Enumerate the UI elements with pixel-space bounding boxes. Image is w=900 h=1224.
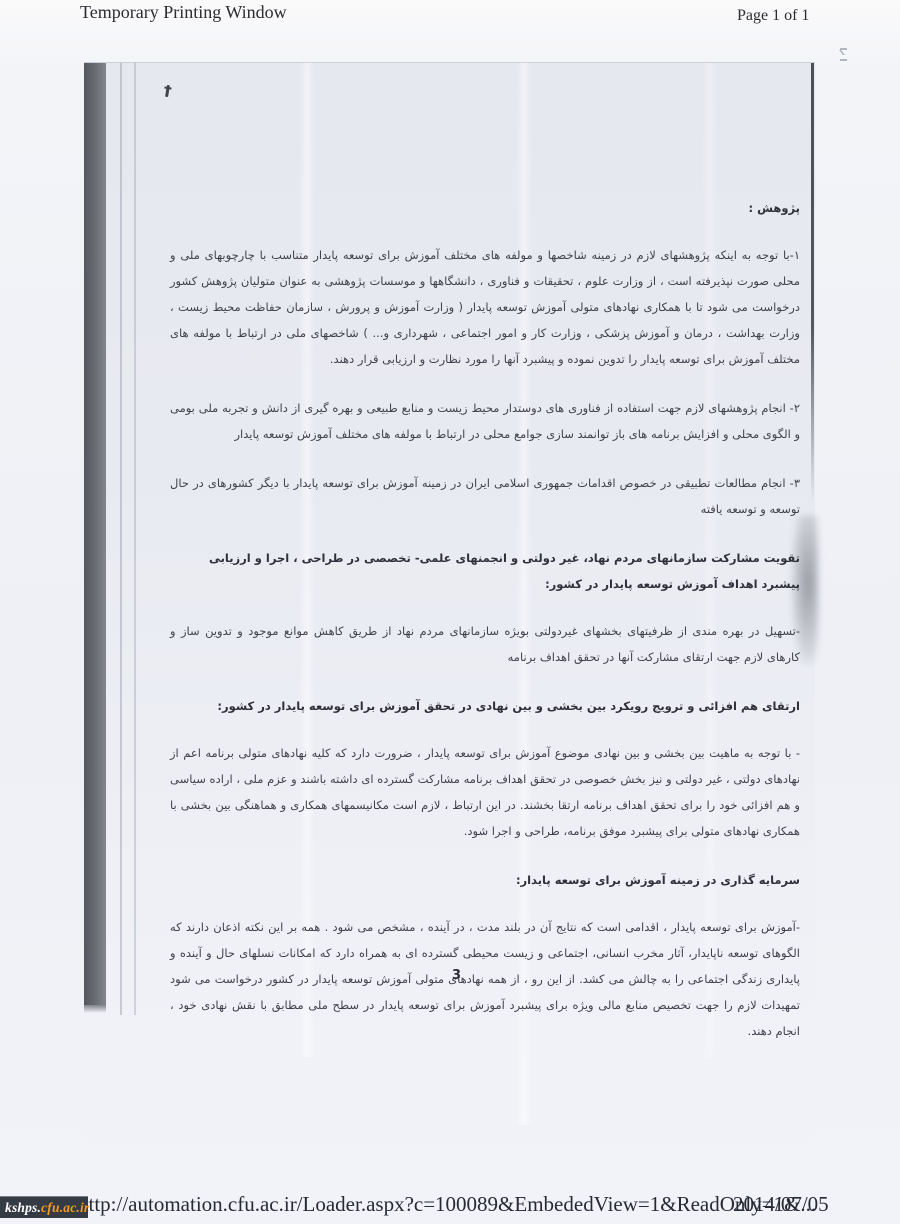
status-link-prefix: kshps. xyxy=(5,1200,41,1216)
document-paragraph: ۲- انجام پژوهشهای لازم جهت استفاده از فن… xyxy=(170,395,800,447)
scan-streak-line xyxy=(134,63,136,1015)
print-window-title: Temporary Printing Window xyxy=(80,2,287,23)
document-paragraph: -تسهیل در بهره مندی از ظرفیتهای بخشهای غ… xyxy=(170,618,800,670)
scan-edge-shadow-right xyxy=(811,63,814,503)
browser-status-bar: kshps.cfu.ac.ir xyxy=(0,1196,88,1218)
document-paragraph: - با توجه به ماهیت بین بخشی و بین نهادی … xyxy=(170,740,800,844)
document-paragraph: ۱-با توجه به اینکه پژوهشهای لازم در زمین… xyxy=(170,242,800,372)
document-heading: ارتقای هم افزائی و ترویج رویکرد بین بخشی… xyxy=(170,693,800,719)
document-heading: تقویت مشارکت سازمانهای مردم نهاد، غیر دو… xyxy=(170,545,800,597)
print-footer-url: http://automation.cfu.ac.ir/Loader.aspx?… xyxy=(78,1192,816,1217)
scan-edge-shadow-left xyxy=(84,63,106,1005)
scanned-document-page: پژوهش : ۱-با توجه به اینکه پژوهشهای لازم… xyxy=(84,62,815,1193)
status-link-domain: cfu.ac.ir xyxy=(41,1200,89,1216)
scan-streak-line xyxy=(120,63,122,1015)
print-footer-date: 2014/07/05 xyxy=(733,1192,829,1217)
document-body: پژوهش : ۱-با توجه به اینکه پژوهشهای لازم… xyxy=(170,195,800,1067)
document-paragraph: ۳- انجام مطالعات تطبیقی در خصوص اقدامات … xyxy=(170,470,800,522)
document-heading: سرمایه گذاری در زمینه آموزش برای توسعه پ… xyxy=(170,867,800,893)
page-indicator: Page 1 of 1 xyxy=(737,7,809,25)
document-paragraph: -آموزش برای توسعه پایدار ، اقدامی است که… xyxy=(170,914,800,1044)
document-page-number: 3 xyxy=(452,968,461,983)
scan-artifact-mark xyxy=(840,48,847,61)
scan-artifact-mark xyxy=(165,85,170,97)
document-heading: پژوهش : xyxy=(170,195,800,221)
